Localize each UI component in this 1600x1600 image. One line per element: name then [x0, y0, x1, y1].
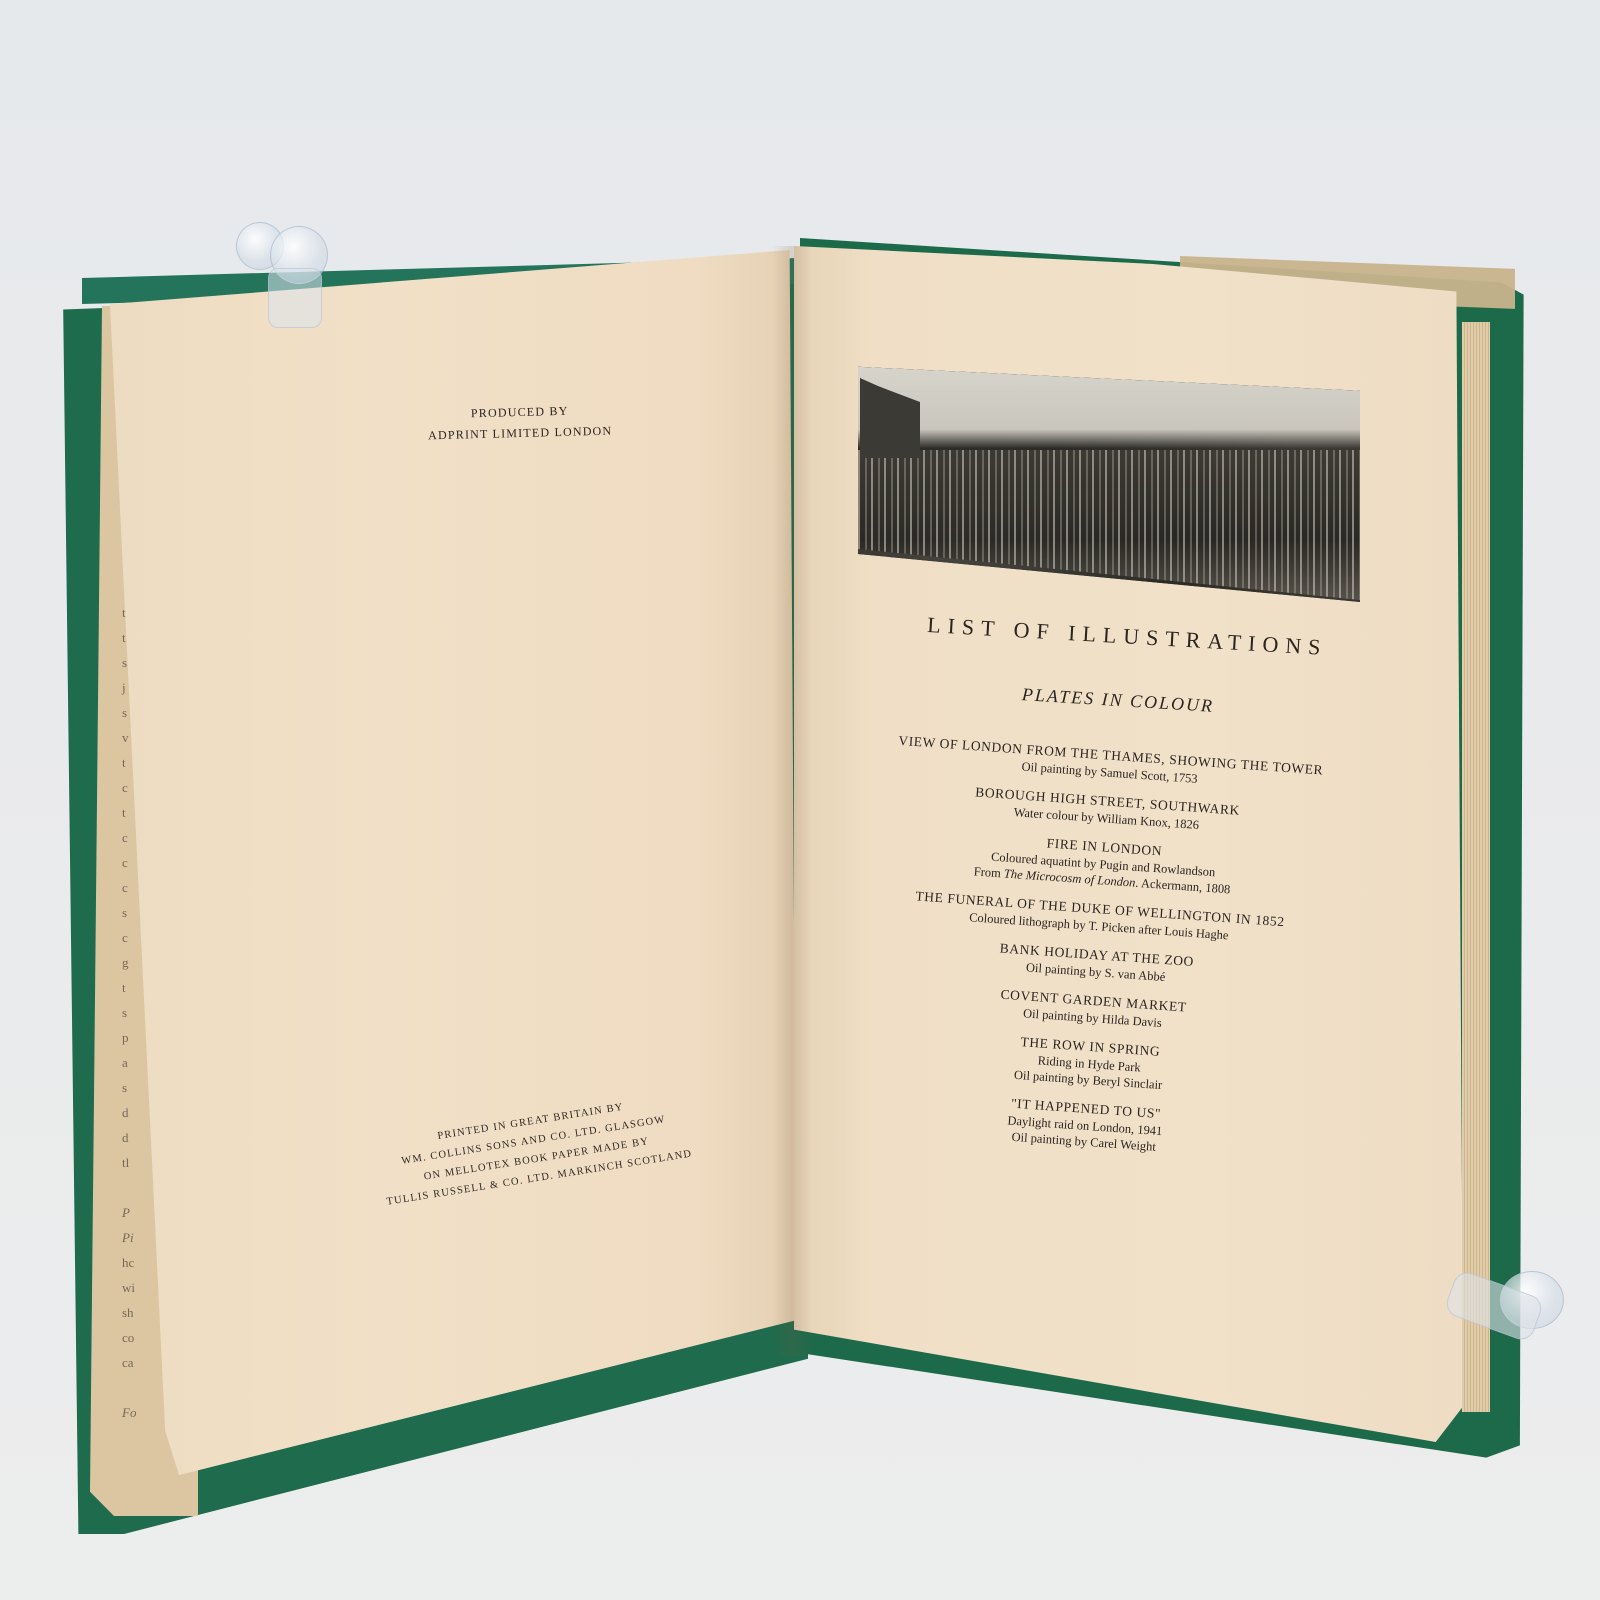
- clip-body: [268, 268, 322, 328]
- ghost-letter: hc: [122, 1250, 152, 1275]
- ghost-letter: [122, 1375, 152, 1400]
- ghost-letter: sh: [122, 1300, 152, 1325]
- ghost-letter: j: [122, 675, 152, 700]
- ghost-letter: c: [122, 825, 152, 850]
- ghost-letter: tl: [122, 1150, 152, 1175]
- source-prefix: From: [973, 864, 1004, 880]
- ghost-letter: p: [122, 1025, 152, 1050]
- ghost-letter: c: [122, 925, 152, 950]
- right-page-clip: [1440, 1255, 1570, 1365]
- ghost-letter: P: [122, 1200, 152, 1225]
- ghost-letter: d: [122, 1125, 152, 1150]
- ghost-letter: ca: [122, 1350, 152, 1375]
- ghost-letter: s: [122, 700, 152, 725]
- ghost-letter: t: [122, 750, 152, 775]
- ghost-letter: [122, 1175, 152, 1200]
- ghost-letter: t: [122, 600, 152, 625]
- ghost-letter: a: [122, 1050, 152, 1075]
- ghost-letter: Fo: [122, 1400, 152, 1425]
- ghost-letter: t: [122, 975, 152, 1000]
- ghost-letter: Pi: [122, 1225, 152, 1250]
- ghost-letter: c: [122, 775, 152, 800]
- page-block-edges: [1462, 322, 1490, 1412]
- ghost-letter: t: [122, 800, 152, 825]
- illustration-list: VIEW OF LONDON FROM THE THAMES, SHOWING …: [843, 730, 1351, 1178]
- book-gutter: [772, 246, 812, 1356]
- ghost-letter: s: [122, 1075, 152, 1100]
- ghost-letter: v: [122, 725, 152, 750]
- ghost-letter: co: [122, 1325, 152, 1350]
- ghost-letter: s: [122, 1000, 152, 1025]
- ghost-letter: c: [122, 875, 152, 900]
- top-left-page-clip: [228, 218, 338, 328]
- ghost-letter: d: [122, 1100, 152, 1125]
- ghost-letter: g: [122, 950, 152, 975]
- ghost-letter: s: [122, 900, 152, 925]
- ghost-letter: wi: [122, 1275, 152, 1300]
- ghost-letter: s: [122, 650, 152, 675]
- show-through-text: t t s j s v t c t c c c s c g t s p a s …: [122, 600, 152, 1425]
- imprint-block: PRODUCED BY ADPRINT LIMITED LONDON: [419, 399, 620, 446]
- ghost-letter: c: [122, 850, 152, 875]
- ghost-letter: t: [122, 625, 152, 650]
